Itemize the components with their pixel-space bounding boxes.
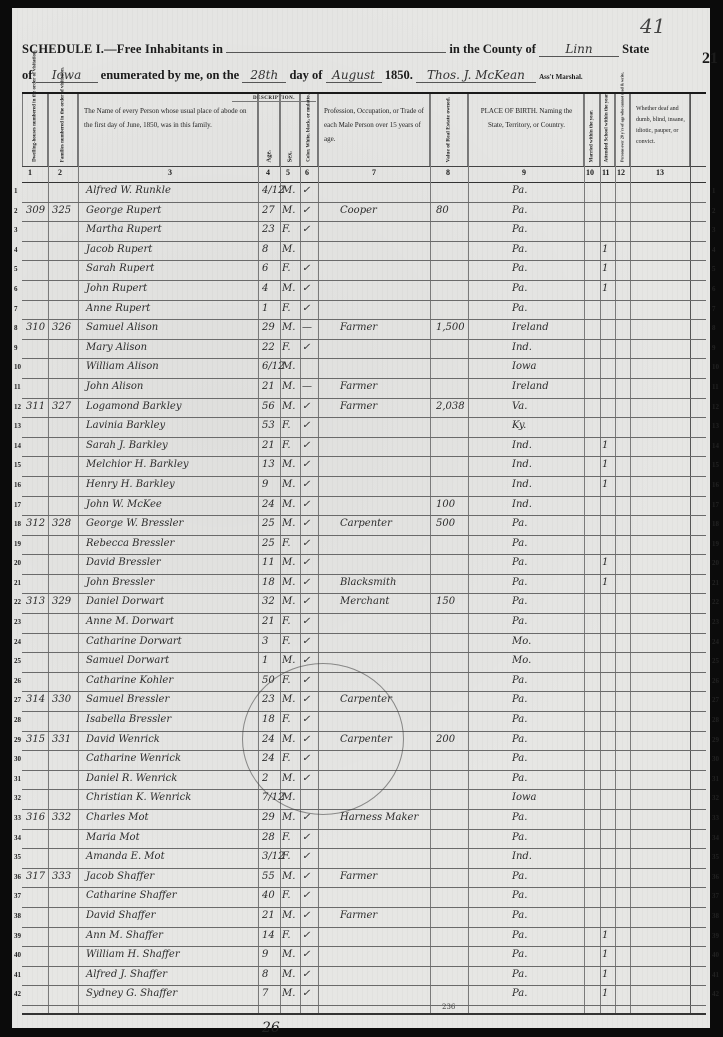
birthplace: Pa. [512, 753, 527, 764]
birthplace: Pa. [512, 596, 527, 607]
line-number-left: 32 [14, 794, 21, 802]
table-row: 6John Rupert4M.✓Pa.16 [22, 281, 706, 301]
color-mark: ✓ [302, 616, 310, 627]
person-name: Henry H. Barkley [86, 479, 175, 490]
table-row: 40William H. Shaffer9M.✓Pa.140 [22, 947, 706, 967]
sex: F. [282, 636, 291, 647]
colnum: 4 [266, 168, 270, 177]
header-disability: Whether deaf and dumb, blind, insane, id… [630, 94, 690, 166]
family-number: 330 [52, 694, 71, 705]
occupation: Farmer [340, 322, 377, 333]
school-mark: 1 [602, 577, 608, 588]
person-name: Charles Mot [86, 812, 149, 823]
line-number-right: 33 [712, 814, 719, 822]
real-estate-value: 2,038 [436, 401, 465, 412]
line-number-right: 7 [712, 305, 716, 313]
column-header: Dwelling-houses numbered in the order of… [22, 94, 706, 167]
age: 1 [262, 655, 268, 666]
sex: M. [282, 361, 295, 372]
header-married: Married within the year. [584, 94, 600, 166]
sex: F. [282, 616, 291, 627]
age: 8 [262, 244, 268, 255]
age: 25 [262, 518, 275, 529]
table-row: 2309325George Rupert27M.✓Cooper80Pa.2 [22, 203, 706, 223]
marshal-label: Ass't Marshal. [539, 73, 583, 81]
color-mark: ✓ [302, 577, 310, 588]
age: 55 [262, 871, 275, 882]
color-mark: ✓ [302, 401, 310, 412]
line-number-left: 14 [14, 442, 21, 450]
person-name: Catharine Kohler [86, 675, 173, 686]
sex: M. [282, 577, 295, 588]
line-number-left: 2 [14, 207, 18, 215]
line-number-right: 18 [712, 520, 719, 528]
line-number-left: 17 [14, 501, 21, 509]
birthplace: Ky. [512, 420, 526, 431]
circular-stamp [242, 663, 404, 815]
birthplace: Pa. [512, 538, 527, 549]
school-mark: 1 [602, 459, 608, 470]
school-mark: 1 [602, 244, 608, 255]
subdivision-field [226, 52, 446, 53]
sex: M. [282, 812, 295, 823]
line-number-right: 21 [712, 579, 719, 587]
person-name: William H. Shaffer [86, 949, 180, 960]
birthplace: Pa. [512, 969, 527, 980]
person-name: Daniel R. Wenrick [86, 773, 177, 784]
sex: M. [282, 381, 295, 392]
table-row: 16Henry H. Barkley9M.✓Ind.116 [22, 477, 706, 497]
birthplace: Pa. [512, 616, 527, 627]
color-mark: ✓ [302, 538, 310, 549]
line-number-right: 2 [712, 207, 716, 215]
line-number-left: 15 [14, 461, 21, 469]
header-occupation: Profession, Occupation, or Trade of each… [318, 94, 430, 166]
line-number-left: 30 [14, 755, 21, 763]
age: 29 [262, 322, 275, 333]
occupation: Farmer [340, 910, 377, 921]
person-name: Isabella Bressler [86, 714, 171, 725]
occupation: Merchant [340, 596, 389, 607]
line-number-right: 29 [712, 736, 719, 744]
line-number-left: 28 [14, 716, 21, 724]
birthplace: Pa. [512, 930, 527, 941]
table-row: 35Amanda E. Mot3/12F.✓Ind.35 [22, 849, 706, 869]
table-row: 12311327Logamond Barkley56M.✓Farmer2,038… [22, 399, 706, 419]
sex: M. [282, 655, 295, 666]
header-illiterate: Persons over 20 y'rs of age who cannot r… [615, 94, 630, 166]
table-row: 22313329Daniel Dorwart32M.✓Merchant150Pa… [22, 594, 706, 614]
family-number: 332 [52, 812, 71, 823]
line-number-right: 25 [712, 657, 719, 665]
year: 1850. [385, 68, 413, 82]
line-number-left: 25 [14, 657, 21, 665]
table-row: 13Lavinia Barkley53F.✓Ky.13 [22, 418, 706, 438]
birthplace: Mo. [512, 655, 531, 666]
age: 21 [262, 910, 275, 921]
table-row: 33316332Charles Mot29M.✓Harness MakerPa.… [22, 810, 706, 830]
birthplace: Pa. [512, 244, 527, 255]
sex: M. [282, 283, 295, 294]
line-number-right: 36 [712, 873, 719, 881]
colnum: 7 [372, 168, 376, 177]
sex: F. [282, 224, 291, 235]
line-number-left: 1 [14, 187, 18, 195]
person-name: Ann M. Shaffer [86, 930, 163, 941]
occupation: Blacksmith [340, 577, 396, 588]
sex: M. [282, 949, 295, 960]
sex: M. [282, 185, 295, 196]
margin-note: 236 [442, 1003, 455, 1011]
birthplace: Pa. [512, 734, 527, 745]
dwelling-number: 316 [26, 812, 45, 823]
color-mark: ✓ [302, 988, 310, 999]
table-row: 8310326Samuel Alison29M.—Farmer1,500Irel… [22, 320, 706, 340]
schedule-title: SCHEDULE I.—Free Inhabitants in [22, 42, 223, 56]
person-name: John W. McKee [86, 499, 162, 510]
age: 14 [262, 930, 275, 941]
age: 9 [262, 949, 268, 960]
color-mark: ✓ [302, 224, 310, 235]
birthplace: Pa. [512, 205, 527, 216]
person-name: John Rupert [86, 283, 147, 294]
header-birthplace: PLACE OF BIRTH. Naming the State, Territ… [468, 94, 584, 166]
dwelling-number: 317 [26, 871, 45, 882]
colnum: 11 [602, 168, 610, 177]
color-mark: ✓ [302, 440, 310, 451]
header-real-estate: Value of Real Estate owned. [430, 94, 468, 166]
line-number-right: 28 [712, 716, 719, 724]
birthplace: Ireland [512, 322, 549, 333]
line-number-right: 22 [712, 598, 719, 606]
birthplace: Pa. [512, 812, 527, 823]
age: 21 [262, 440, 275, 451]
color-mark: ✓ [302, 557, 310, 568]
colnum: 6 [305, 168, 309, 177]
page-tally: 26 [262, 1020, 280, 1036]
color-mark: ✓ [302, 910, 310, 921]
school-mark: 1 [602, 263, 608, 274]
sex: M. [282, 479, 295, 490]
line-number-left: 40 [14, 951, 21, 959]
line-number-right: 26 [712, 677, 719, 685]
line-number-right: 16 [712, 481, 719, 489]
county-label: in the County of [449, 42, 535, 56]
dwelling-number: 314 [26, 694, 45, 705]
person-name: George Rupert [86, 205, 161, 216]
line-number-right: 40 [712, 951, 719, 959]
age: 24 [262, 499, 275, 510]
birthplace: Ind. [512, 459, 532, 470]
line-number-left: 33 [14, 814, 21, 822]
sex: M. [282, 205, 295, 216]
line-number-right: 23 [712, 618, 719, 626]
person-name: Lavinia Barkley [86, 420, 165, 431]
line-number-left: 13 [14, 422, 21, 430]
colnum: 12 [617, 168, 625, 177]
age: 40 [262, 890, 275, 901]
birthplace: Ind. [512, 479, 532, 490]
sex: F. [282, 851, 291, 862]
line-number-left: 42 [14, 990, 21, 998]
dwelling-number: 315 [26, 734, 45, 745]
birthplace: Pa. [512, 185, 527, 196]
birthplace: Pa. [512, 773, 527, 784]
school-mark: 1 [602, 557, 608, 568]
birthplace: Pa. [512, 910, 527, 921]
line-number-left: 36 [14, 873, 21, 881]
header-dwelling: Dwelling-houses numbered in the order of… [22, 94, 48, 166]
birthplace: Mo. [512, 636, 531, 647]
line-number-right: 34 [712, 834, 719, 842]
colnum: 13 [656, 168, 664, 177]
table-row: 23Anne M. Dorwart21F.✓Pa.23 [22, 614, 706, 634]
header-sex: Sex. [280, 94, 300, 166]
birthplace: Pa. [512, 263, 527, 274]
color-mark: ✓ [302, 205, 310, 216]
birthplace: Pa. [512, 988, 527, 999]
person-name: Maria Mot [86, 832, 140, 843]
age: 27 [262, 205, 275, 216]
sex: M. [282, 401, 295, 412]
table-row: 17John W. McKee24M.✓100Ind.17 [22, 497, 706, 517]
sex: F. [282, 930, 291, 941]
family-number: 333 [52, 871, 71, 882]
school-mark: 1 [602, 479, 608, 490]
page-number: 21 [702, 50, 718, 68]
header-name: The Name of every Person whose usual pla… [78, 94, 258, 166]
colnum: 8 [446, 168, 450, 177]
line-number-right: 12 [712, 403, 719, 411]
person-name: David Wenrick [86, 734, 160, 745]
line-number-left: 31 [14, 775, 21, 783]
line-number-right: 31 [712, 775, 719, 783]
line-number-right: 5 [712, 265, 716, 273]
line-number-right: 27 [712, 696, 719, 704]
person-name: Mary Alison [86, 342, 147, 353]
real-estate-value: 200 [436, 734, 455, 745]
family-number: 328 [52, 518, 71, 529]
sex: M. [282, 459, 295, 470]
colnum: 1 [28, 168, 32, 177]
person-name: John Alison [86, 381, 143, 392]
person-name: John Bressler [86, 577, 154, 588]
person-name: Sydney G. Shaffer [86, 988, 177, 999]
line-number-right: 41 [712, 971, 719, 979]
line-number-left: 9 [14, 344, 18, 352]
table-row: 39Ann M. Shaffer14F.✓Pa.139 [22, 928, 706, 948]
age: 13 [262, 459, 275, 470]
birthplace: Pa. [512, 949, 527, 960]
table-row: 42Sydney G. Shaffer7M.✓Pa.142 [22, 986, 706, 1006]
line-number-left: 12 [14, 403, 21, 411]
day-field: 28th [242, 68, 286, 83]
person-name: Alfred W. Runkle [86, 185, 171, 196]
table-row: 1Alfred W. Runkle4/12M.✓Pa.1 [22, 183, 706, 203]
person-name: Melchior H. Barkley [86, 459, 189, 470]
sex: F. [282, 303, 291, 314]
person-name: Alfred J. Shaffer [86, 969, 167, 980]
line-number-left: 26 [14, 677, 21, 685]
line-number-right: 4 [712, 246, 716, 254]
color-mark: ✓ [302, 420, 310, 431]
sex: M. [282, 910, 295, 921]
table-row: 41Alfred J. Shaffer8M.✓Pa.141 [22, 967, 706, 987]
birthplace: Pa. [512, 694, 527, 705]
color-mark: — [302, 381, 312, 392]
stamped-page-number: 41 [640, 14, 665, 38]
line-number-right: 13 [712, 422, 719, 430]
color-mark: ✓ [302, 499, 310, 510]
person-name: Samuel Bressler [86, 694, 169, 705]
colnum: 3 [168, 168, 172, 177]
table-row: 10William Alison6/12M.Iowa10 [22, 359, 706, 379]
line-number-right: 19 [712, 540, 719, 548]
marshal-signature: Thos. J. McKean [416, 68, 536, 83]
person-name: Samuel Dorwart [86, 655, 169, 666]
person-name: Anne Rupert [86, 303, 150, 314]
school-mark: 1 [602, 283, 608, 294]
color-mark: ✓ [302, 871, 310, 882]
table-row: 25Samuel Dorwart1M.✓Mo.25 [22, 653, 706, 673]
line-number-left: 23 [14, 618, 21, 626]
sex: F. [282, 263, 291, 274]
color-mark: ✓ [302, 283, 310, 294]
color-mark: — [302, 322, 312, 333]
line-number-left: 22 [14, 598, 21, 606]
sex: M. [282, 596, 295, 607]
person-name: Martha Rupert [86, 224, 162, 235]
birthplace: Pa. [512, 303, 527, 314]
line-number-left: 18 [14, 520, 21, 528]
age: 7 [262, 988, 268, 999]
person-name: Rebecca Bressler [86, 538, 174, 549]
line-number-right: 10 [712, 363, 719, 371]
sex: F. [282, 890, 291, 901]
real-estate-value: 1,500 [436, 322, 465, 333]
family-number: 327 [52, 401, 71, 412]
table-row: 24Catharine Dorwart3F.✓Mo.24 [22, 634, 706, 654]
line-number-right: 15 [712, 461, 719, 469]
line-number-left: 38 [14, 912, 21, 920]
column-numbers: 1 2 3 4 5 6 7 8 9 10 11 12 13 [22, 166, 706, 183]
person-name: David Shaffer [86, 910, 155, 921]
person-name: William Alison [86, 361, 159, 372]
line-number-left: 35 [14, 853, 21, 861]
school-mark: 1 [602, 988, 608, 999]
dwelling-number: 313 [26, 596, 45, 607]
school-mark: 1 [602, 949, 608, 960]
table-row: 4Jacob Rupert8M.Pa.14 [22, 242, 706, 262]
age: 1 [262, 303, 268, 314]
table-row: 21John Bressler18M.✓BlacksmithPa.121 [22, 575, 706, 595]
line-number-left: 20 [14, 559, 21, 567]
school-mark: 1 [602, 440, 608, 451]
age: 18 [262, 577, 275, 588]
color-mark: ✓ [302, 930, 310, 941]
colnum: 2 [58, 168, 62, 177]
person-name: David Bressler [86, 557, 161, 568]
state-field: Iowa [36, 68, 98, 83]
line-number-left: 3 [14, 226, 18, 234]
day-of-label: day of [289, 68, 322, 82]
real-estate-value: 80 [436, 205, 449, 216]
line-number-right: 32 [712, 794, 719, 802]
county-field: Linn [539, 42, 619, 57]
age: 56 [262, 401, 275, 412]
family-number: 326 [52, 322, 71, 333]
birthplace: Ind. [512, 851, 532, 862]
line-number-left: 41 [14, 971, 21, 979]
person-name: Samuel Alison [86, 322, 158, 333]
sex: M. [282, 988, 295, 999]
sex: M. [282, 969, 295, 980]
real-estate-value: 500 [436, 518, 455, 529]
sex: F. [282, 420, 291, 431]
dwelling-number: 312 [26, 518, 45, 529]
color-mark: ✓ [302, 263, 310, 274]
age: 3 [262, 636, 268, 647]
line-number-right: 11 [712, 383, 719, 391]
age: 32 [262, 596, 275, 607]
table-row: 11John Alison21M.—FarmerIreland11 [22, 379, 706, 399]
line-number-right: 39 [712, 932, 719, 940]
header-family: Families numbered in the order of visita… [48, 94, 78, 166]
birthplace: Ind. [512, 440, 532, 451]
table-row: 5Sarah Rupert6F.✓Pa.15 [22, 261, 706, 281]
line-number-left: 5 [14, 265, 18, 273]
birthplace: Pa. [512, 675, 527, 686]
occupation: Farmer [340, 401, 377, 412]
birthplace: Pa. [512, 832, 527, 843]
enumerated-label: enumerated by me, on the [101, 68, 240, 82]
table-row: 14Sarah J. Barkley21F.✓Ind.114 [22, 438, 706, 458]
line-number-left: 11 [14, 383, 21, 391]
table-row: 19Rebecca Bressler25F.✓Pa.19 [22, 536, 706, 556]
line-number-left: 10 [14, 363, 21, 371]
birthplace: Pa. [512, 890, 527, 901]
table-row: 34Maria Mot28F.✓Pa.34 [22, 830, 706, 850]
occupation: Farmer [340, 381, 377, 392]
color-mark: ✓ [302, 185, 310, 196]
real-estate-value: 150 [436, 596, 455, 607]
line-number-left: 8 [14, 324, 18, 332]
school-mark: 1 [602, 969, 608, 980]
dwelling-number: 310 [26, 322, 45, 333]
person-name: Logamond Barkley [86, 401, 181, 412]
age: 21 [262, 381, 275, 392]
line-number-right: 3 [712, 226, 716, 234]
line-number-left: 27 [14, 696, 21, 704]
color-mark: ✓ [302, 890, 310, 901]
sex: M. [282, 871, 295, 882]
line-number-right: 30 [712, 755, 719, 763]
age: 9 [262, 479, 268, 490]
dwelling-number: 309 [26, 205, 45, 216]
birthplace: Pa. [512, 871, 527, 882]
birthplace: Pa. [512, 283, 527, 294]
table-row: 7Anne Rupert1F.✓Pa.7 [22, 301, 706, 321]
sex: F. [282, 538, 291, 549]
sex: F. [282, 440, 291, 451]
birthplace: Pa. [512, 714, 527, 725]
table-row: 20David Bressler11M.✓Pa.120 [22, 555, 706, 575]
person-name: Daniel Dorwart [86, 596, 164, 607]
line-number-left: 16 [14, 481, 21, 489]
age: 11 [262, 557, 275, 568]
color-mark: ✓ [302, 851, 310, 862]
line-number-left: 19 [14, 540, 21, 548]
